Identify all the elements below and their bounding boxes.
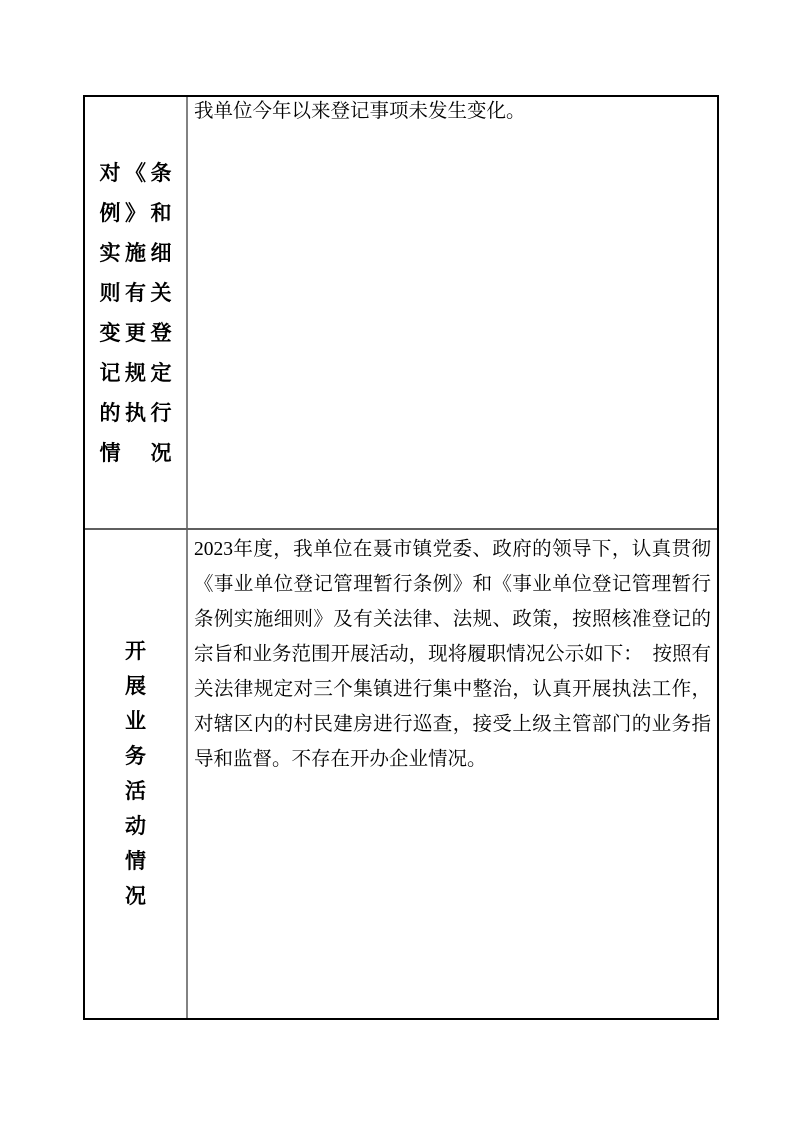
row-label-business-activities: 开展业务活动情况 — [85, 530, 188, 1018]
label-line: 记规定 — [100, 353, 172, 393]
row-content-regulation-execution: 我单位今年以来登记事项未发生变化。 — [188, 97, 717, 528]
label-line: 务 — [100, 739, 172, 774]
label-line: 实施细 — [100, 233, 172, 273]
business-activities-text: 2023年度，我单位在聂市镇党委、政府的领导下，认真贯彻《事业单位登记管理暂行条… — [194, 532, 711, 777]
annual-report-table: 对《条例》和实施细则有关变更登记规定的执行情况 我单位今年以来登记事项未发生变化… — [83, 95, 719, 1020]
label-line: 情 — [100, 844, 172, 879]
table-row-business-activities: 开展业务活动情况 2023年度，我单位在聂市镇党委、政府的领导下，认真贯彻《事业… — [85, 530, 717, 1018]
label-line: 展 — [100, 669, 172, 704]
label-line: 例》和 — [100, 193, 172, 233]
row-content-business-activities: 2023年度，我单位在聂市镇党委、政府的领导下，认真贯彻《事业单位登记管理暂行条… — [188, 530, 717, 1018]
label-line: 活 — [100, 774, 172, 809]
label-line: 则有关 — [100, 273, 172, 313]
table-row-regulation-execution: 对《条例》和实施细则有关变更登记规定的执行情况 我单位今年以来登记事项未发生变化… — [85, 97, 717, 530]
label-line: 对《条 — [100, 153, 172, 193]
label-line: 变更登 — [100, 313, 172, 353]
label-line: 业 — [100, 704, 172, 739]
label-line: 况 — [100, 879, 172, 914]
row-label-regulation-execution: 对《条例》和实施细则有关变更登记规定的执行情况 — [85, 97, 188, 528]
label-line: 开 — [100, 634, 172, 669]
document-page: 对《条例》和实施细则有关变更登记规定的执行情况 我单位今年以来登记事项未发生变化… — [0, 0, 794, 1122]
label-line: 情况 — [100, 433, 172, 473]
regulation-execution-text: 我单位今年以来登记事项未发生变化。 — [194, 99, 711, 125]
label-line: 动 — [100, 809, 172, 844]
label-line: 的执行 — [100, 393, 172, 433]
